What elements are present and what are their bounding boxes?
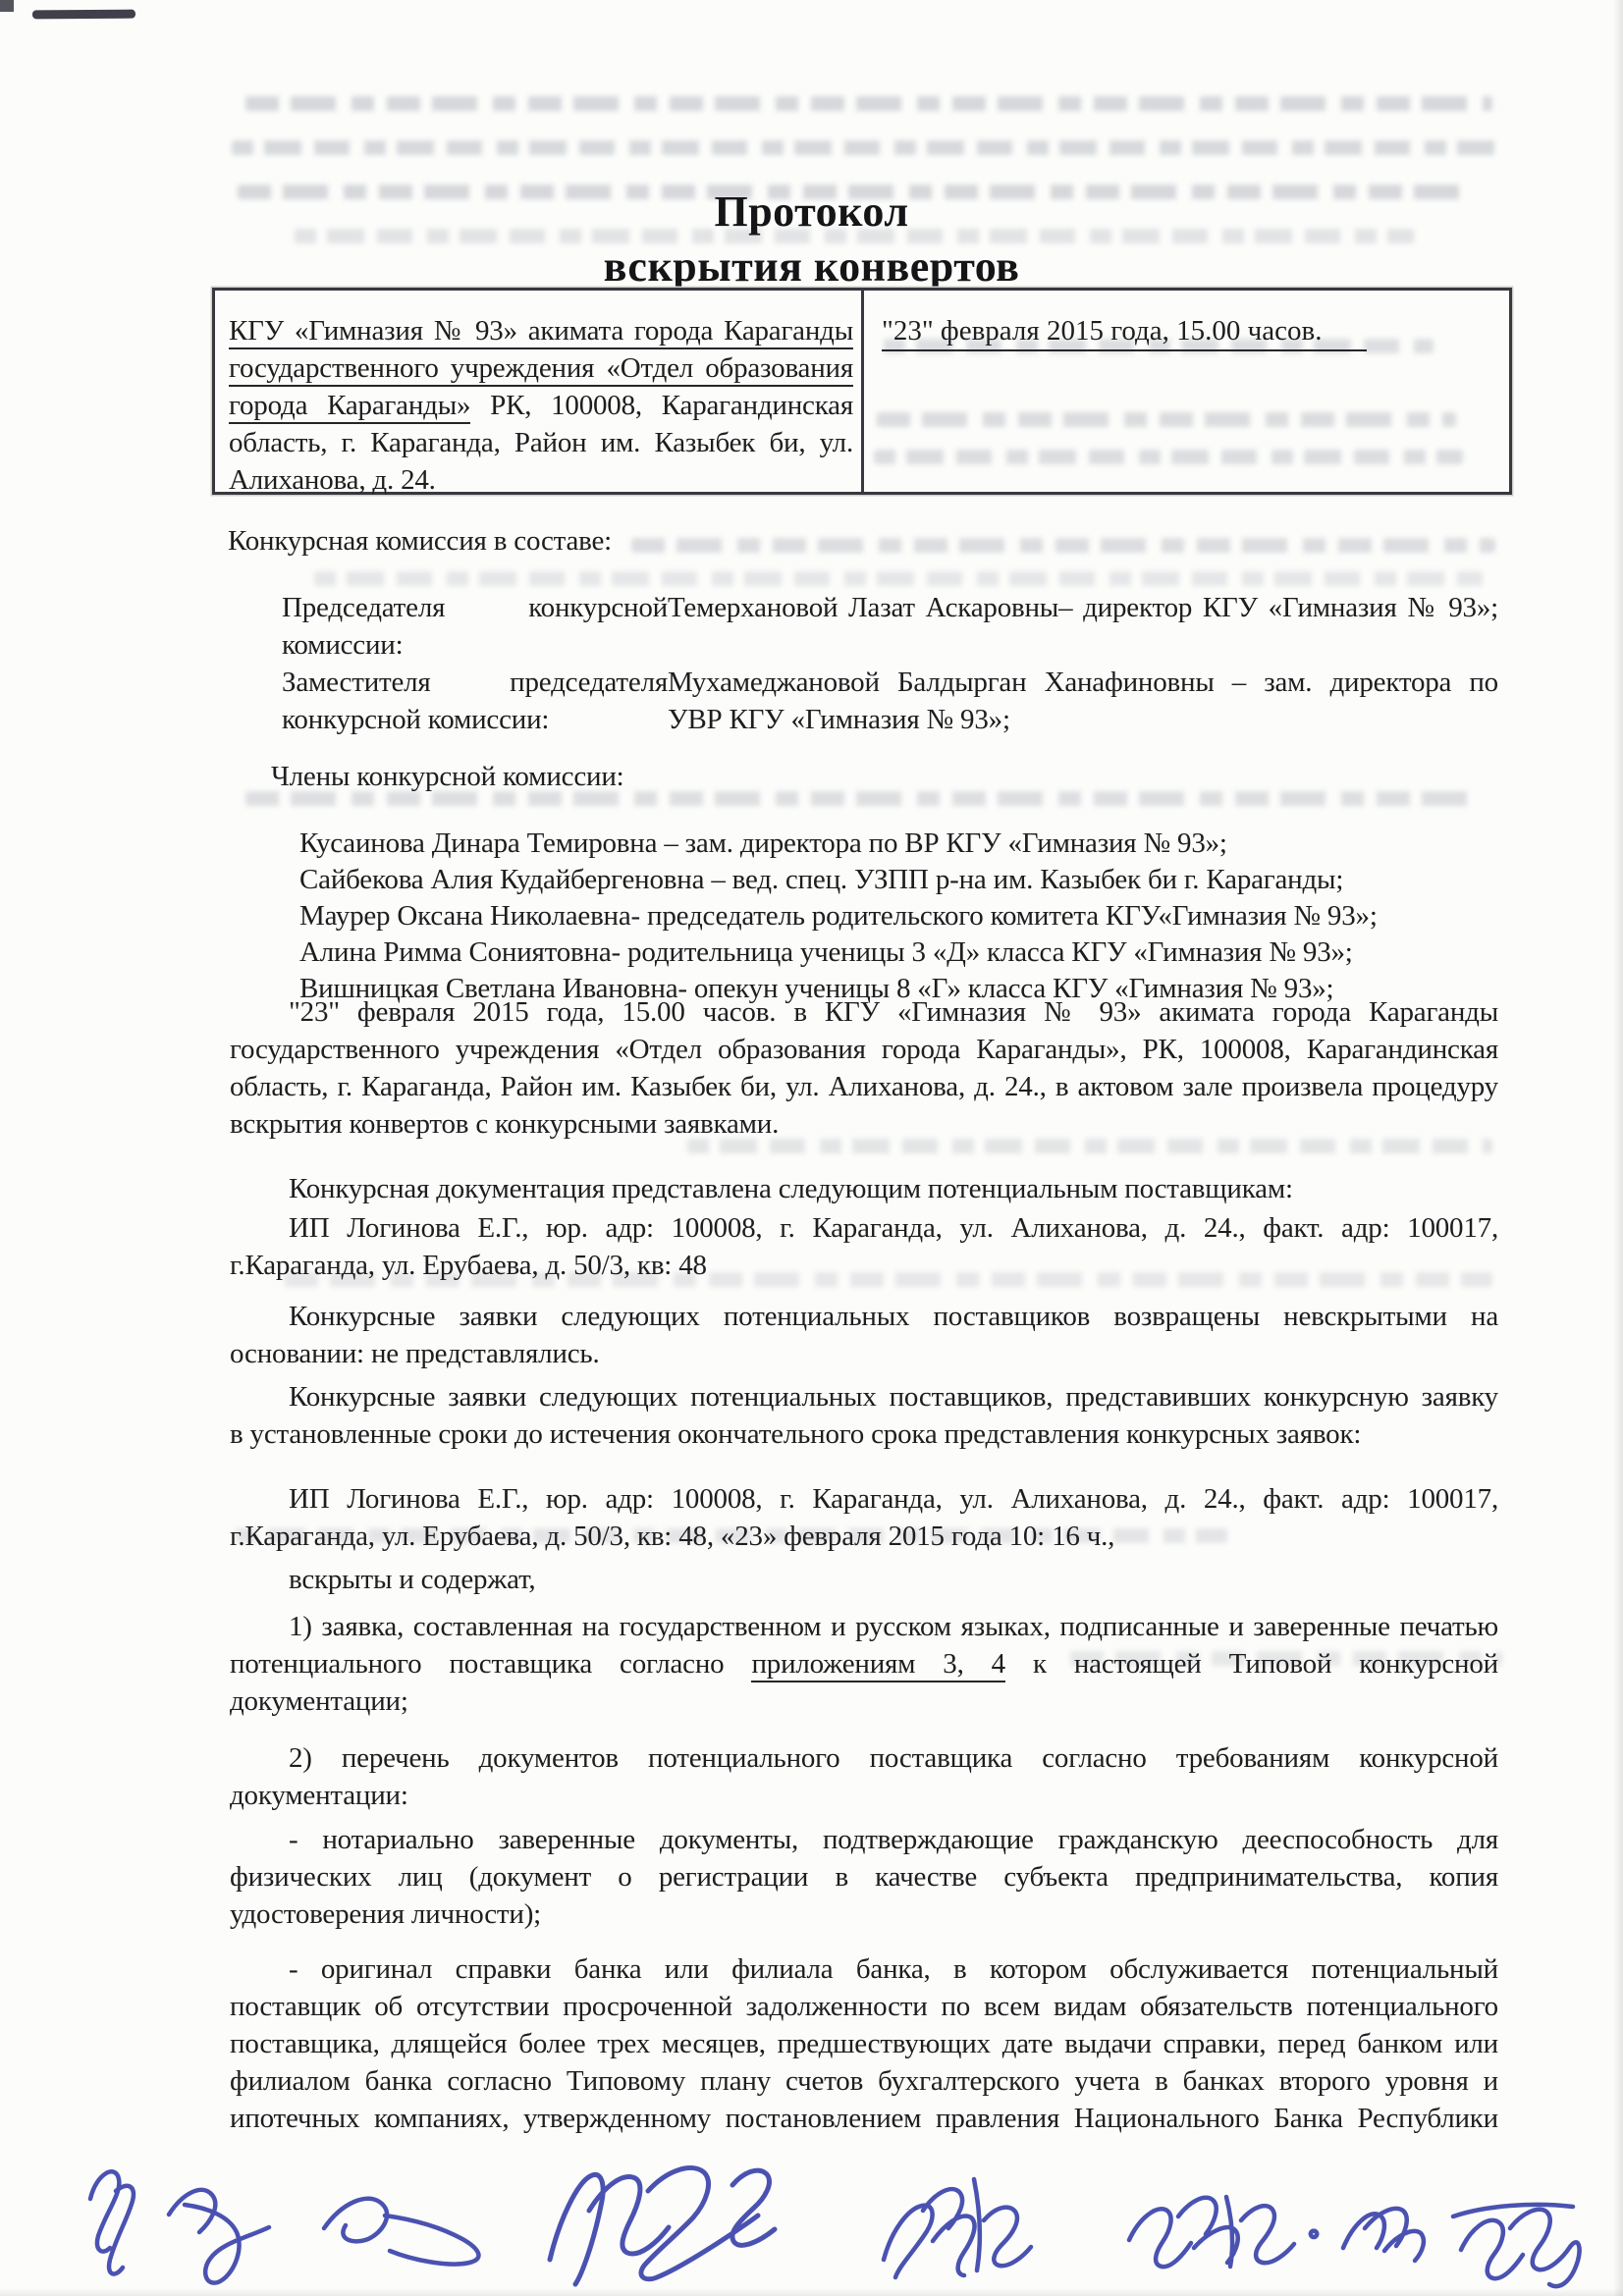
commission-role: конкурсной комиссии: (282, 701, 668, 740)
bullet-line: - нотариально заверенные документы, подт… (230, 1821, 1498, 1860)
scanned-document-page: Протокол вскрытия конвертов КГУ «Гимнази… (0, 0, 1623, 2296)
list-item-line: потенциального поставщика согласно прило… (230, 1645, 1498, 1684)
text-line: в установленные сроки до истечения оконч… (230, 1415, 1498, 1455)
text-line: Конкурсные заявки следующих потенциальны… (230, 1298, 1498, 1337)
supplier-line: ИП Логинова Е.Г., юр. адр: 100008, г. Ка… (230, 1480, 1498, 1520)
text-line: государственного учреждения «Отдел образ… (230, 1031, 1498, 1070)
list-item-line: документации; (230, 1682, 1498, 1722)
commission-heading: Конкурсная комиссия в составе: (228, 522, 612, 560)
bullet-line: - оригинал справки банка или филиала бан… (230, 1950, 1498, 1990)
text-line: Конкурсные заявки следующих потенциальны… (230, 1378, 1498, 1417)
signature-5 (884, 2179, 1031, 2277)
list-item-line: документации: (230, 1777, 1498, 1816)
signature-2 (169, 2190, 269, 2283)
member-line: Маурер Оксана Николаевна- председатель р… (299, 897, 1378, 934)
text-line: основании: не представлялись. (230, 1335, 1498, 1374)
members-heading: Члены конкурсной комиссии: (271, 758, 624, 795)
bleed-through-artifact (245, 96, 1492, 111)
commission-person: УВР КГУ «Гимназия № 93»; (668, 701, 1498, 740)
bullet-line: физических лиц (документ о регистрации в… (230, 1858, 1498, 1897)
commission-role: Председателя конкурсной (282, 589, 668, 628)
commission-role: Заместителя председателя (282, 664, 668, 703)
signature-6 (1129, 2197, 1317, 2267)
bullet-line: поставщик об отсутствии просроченной зад… (230, 1988, 1498, 2027)
text-line: вскрытия конвертов с конкурсными заявкам… (230, 1105, 1498, 1145)
list-item-line: 1) заявка, составленная на государственн… (230, 1608, 1498, 1647)
bullet-line: поставщика, длящейся более трех месяцев,… (230, 2025, 1498, 2064)
signature-3 (324, 2199, 478, 2265)
bullet-line: филиалом банка согласно Типовому плану с… (230, 2062, 1498, 2102)
text-line: Конкурсная документация представлена сле… (230, 1170, 1498, 1209)
member-line: Кусаинова Динара Темировна – зам. директ… (299, 825, 1227, 862)
text-line: область, г. Караганда, Район им. Казыбек… (230, 1068, 1498, 1107)
bleed-through-artifact (631, 538, 1495, 553)
table-column-divider (861, 291, 864, 492)
member-line: Алина Римма Сониятовна- родительница уче… (299, 934, 1353, 971)
bleed-through-artifact (314, 571, 1483, 586)
signature-1 (90, 2171, 134, 2273)
opening-datetime: "23" февраля 2015 года, 15.00 часов. (882, 312, 1490, 349)
text-line: вскрыты и содержат, (230, 1561, 1498, 1600)
text-line: "23" февраля 2015 года, 15.00 часов. в К… (230, 993, 1498, 1033)
signatures-row (0, 2122, 1623, 2296)
header-info-table: КГУ «Гимназия № 93» акимата города Караг… (212, 288, 1512, 495)
commission-person: Мухамеджановой Балдырган Ханафиновны – з… (668, 664, 1498, 703)
supplier-line: г.Караганда, ул. Ерубаева, д. 50/3, кв: … (230, 1518, 1498, 1557)
organizer-address-line: область, г. Караганда, Район им. Казыбек… (229, 424, 853, 463)
bullet-line: удостоверения личности); (230, 1896, 1498, 1935)
organizer-address-line: государственного учреждения «Отдел образ… (229, 349, 853, 389)
bleed-through-artifact (232, 140, 1498, 155)
supplier-line: г.Караганда, ул. Ерубаева, д. 50/3, кв: … (230, 1247, 1498, 1286)
signature-4 (550, 2168, 775, 2284)
commission-person: Темерхановой Лазат Аскаровны– директор К… (668, 589, 1498, 628)
organizer-address-line: Алиханова, д. 24. (229, 461, 853, 501)
scan-artifact-bar (32, 10, 135, 20)
member-line: Сайбекова Алия Кудайбергеновна – вед. сп… (299, 861, 1343, 898)
scan-corner-artifact (0, 0, 14, 12)
organizer-address-line: КГУ «Гимназия № 93» акимата города Караг… (229, 312, 853, 351)
list-item-line: 2) перечень документов потенциального по… (230, 1739, 1498, 1779)
document-title-line2: вскрытия конвертов (0, 240, 1623, 294)
signature-8 (1453, 2205, 1580, 2286)
commission-role: комиссии: (282, 626, 668, 666)
organizer-address-line: города Караганды» РК, 100008, Карагандин… (229, 387, 853, 426)
document-title-line1: Протокол (0, 185, 1623, 240)
page-edge-shadow-right (1613, 0, 1623, 2296)
signature-7 (1343, 2209, 1424, 2261)
supplier-line: ИП Логинова Е.Г., юр. адр: 100008, г. Ка… (230, 1209, 1498, 1249)
